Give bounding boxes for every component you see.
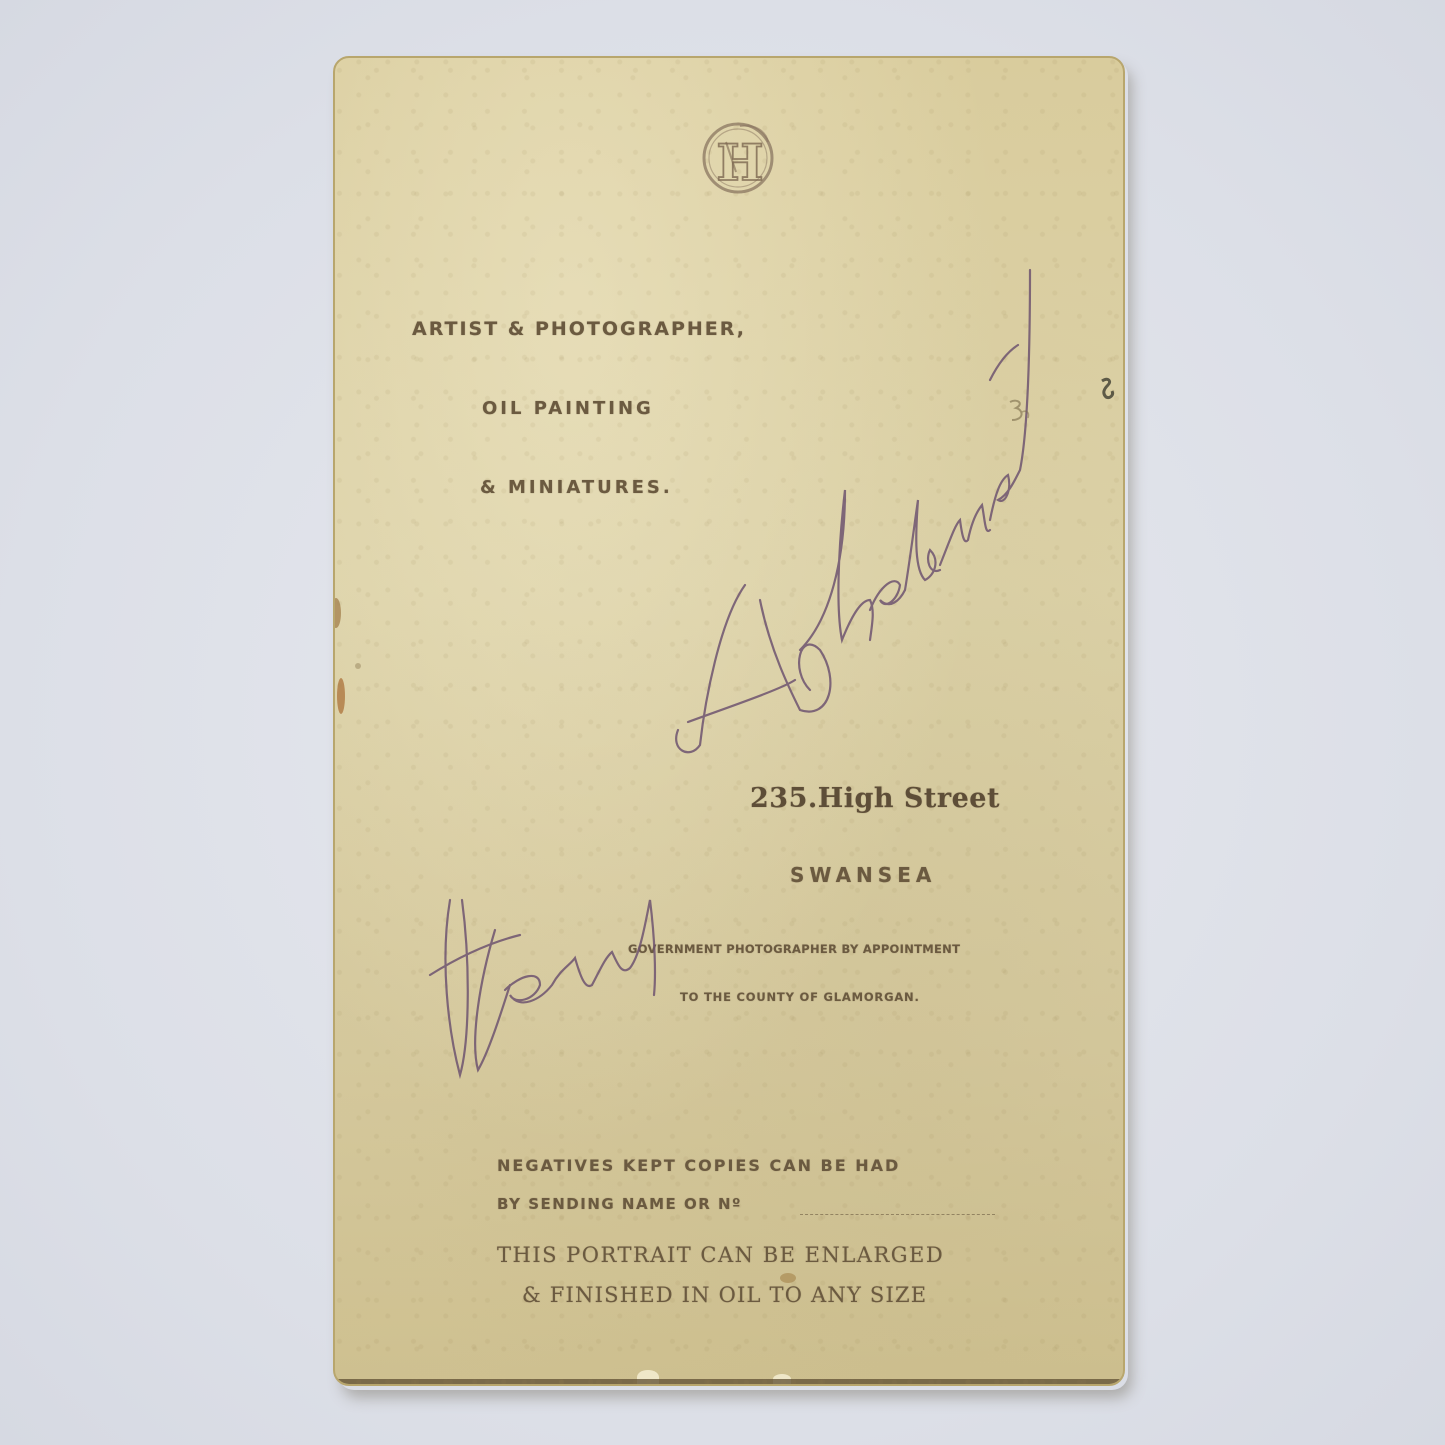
stain-mark (333, 598, 341, 628)
city-name: SWANSEA (790, 863, 936, 887)
photograph-card (333, 56, 1125, 1386)
profession-line: ARTIST & PHOTOGRAPHER, (412, 318, 746, 340)
appointment-line-1: GOVERNMENT PHOTOGRAPHER BY APPOINTMENT (628, 942, 960, 956)
negatives-line-1: NEGATIVES KEPT COPIES CAN BE HAD (497, 1156, 900, 1175)
enlarge-line-1: THIS PORTRAIT CAN BE ENLARGED (497, 1243, 944, 1267)
appointment-line-2: TO THE COUNTY OF GLAMORGAN. (680, 990, 920, 1004)
street-address: 235.High Street (750, 783, 1000, 814)
edge-scuff-mark (1098, 375, 1116, 401)
number-blank-line (800, 1214, 995, 1215)
stain-mark (337, 678, 345, 714)
monogram-emblem: H (696, 112, 782, 198)
stain-mark (780, 1273, 796, 1283)
negatives-line-2: BY SENDING NAME OR Nº (497, 1195, 742, 1213)
card-bottom-edge (335, 1379, 1123, 1384)
pencil-number-mark (1002, 392, 1038, 428)
miniatures-line: & MINIATURES. (480, 477, 673, 498)
oil-painting-line: OIL PAINTING (482, 398, 654, 419)
stain-mark (355, 663, 361, 669)
enlarge-line-2: & FINISHED IN OIL TO ANY SIZE (522, 1283, 927, 1307)
monogram-letter-h: H (716, 133, 763, 192)
